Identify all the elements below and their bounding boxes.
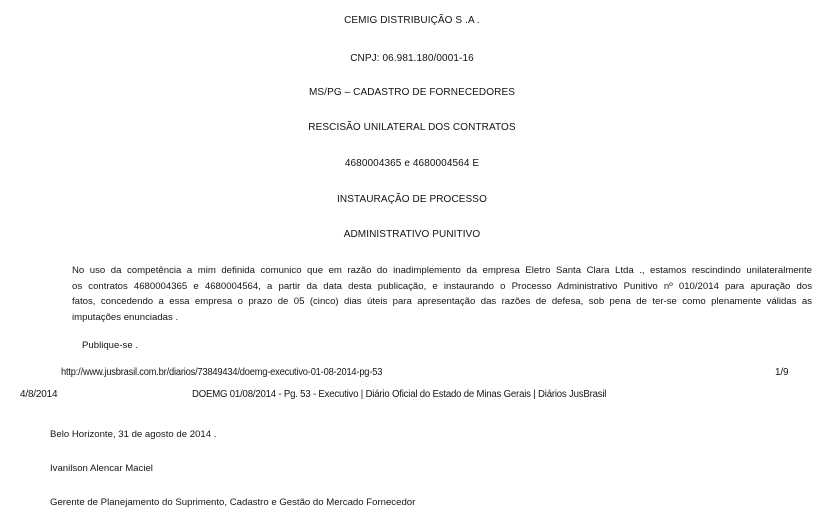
- subject-heading: RESCISÃO UNILATERAL DOS CONTRATOS: [0, 122, 824, 133]
- body-paragraph: No uso da competência a mim definida com…: [72, 263, 812, 325]
- publish-notice: Publique-se .: [82, 340, 138, 351]
- contract-numbers: 4680004365 e 4680004564 E: [0, 158, 824, 169]
- body-line: imputações enunciadas .: [72, 310, 812, 326]
- print-header-title: DOEMG 01/08/2014 - Pg. 53 - Executivo | …: [192, 389, 606, 400]
- subject-heading-2: INSTAURAÇÃO DE PROCESSO: [0, 194, 824, 205]
- print-header-date: 4/8/2014: [20, 389, 57, 400]
- print-footer-page: 1/9: [775, 367, 788, 378]
- subject-heading-3: ADMINISTRATIVO PUNITIVO: [0, 229, 824, 240]
- body-line: os contratos 4680004365 e 4680004564, a …: [72, 279, 812, 295]
- body-line: fatos, concedendo a essa empresa o prazo…: [72, 294, 812, 310]
- cnpj: CNPJ: 06.981.180/0001-16: [0, 53, 824, 64]
- signature-place-date: Belo Horizonte, 31 de agosto de 2014 .: [50, 429, 216, 440]
- signature-name: Ivanilson Alencar Maciel: [50, 463, 153, 474]
- signature-role: Gerente de Planejamento do Suprimento, C…: [50, 497, 415, 508]
- company-name: CEMIG DISTRIBUIÇÃO S .A .: [0, 15, 824, 26]
- print-footer-url[interactable]: http://www.jusbrasil.com.br/diarios/7384…: [61, 367, 382, 378]
- body-line: No uso da competência a mim definida com…: [72, 263, 812, 279]
- department: MS/PG – CADASTRO DE FORNECEDORES: [0, 87, 824, 98]
